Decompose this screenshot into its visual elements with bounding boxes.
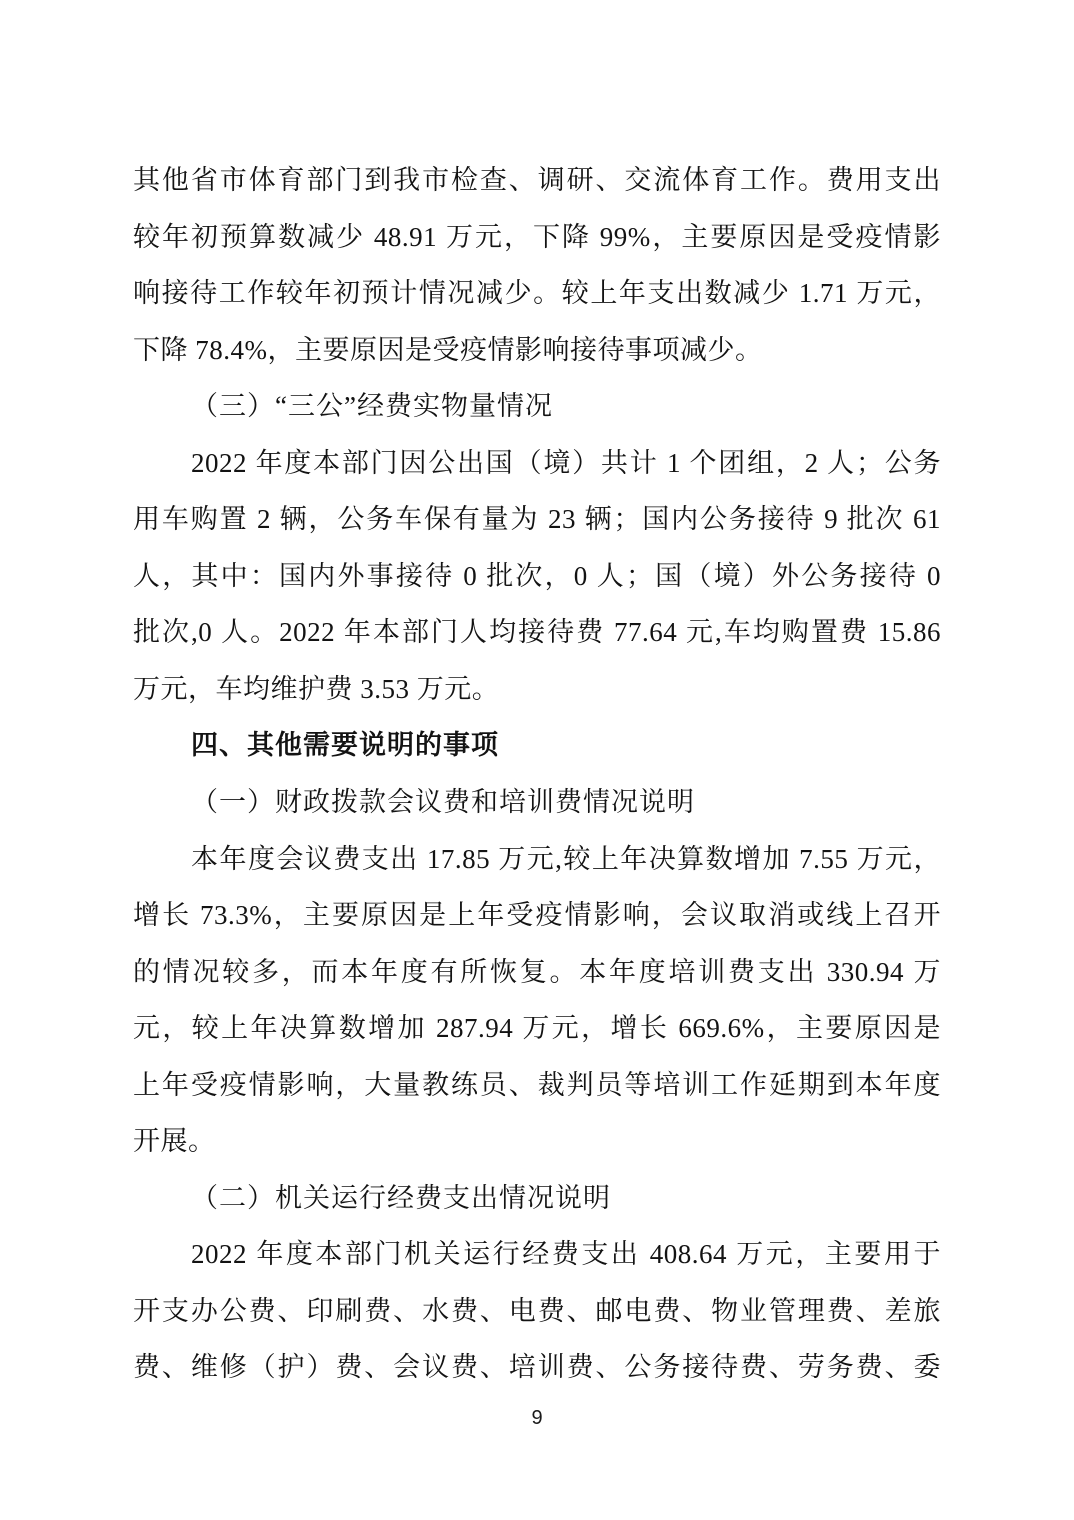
paragraph-line: 元，较上年决算数增加 287.94 万元，增长 669.6%，主要原因是 bbox=[133, 1000, 941, 1057]
paragraph-line: 开支办公费、印刷费、水费、电费、邮电费、物业管理费、差旅 bbox=[133, 1283, 941, 1340]
paragraph-line: 用车购置 2 辆，公务车保有量为 23 辆；国内公务接待 9 批次 61 bbox=[133, 491, 941, 548]
section-heading-other-matters: 四、其他需要说明的事项 bbox=[133, 717, 941, 774]
paragraph-line: 增长 73.3%，主要原因是上年受疫情影响，会议取消或线上召开 bbox=[133, 887, 941, 944]
paragraph-line: 其他省市体育部门到我市检查、调研、交流体育工作。费用支出 bbox=[133, 152, 941, 209]
paragraph-line: 万元，车均维护费 3.53 万元。 bbox=[133, 661, 941, 718]
page-number: 9 bbox=[0, 1404, 1074, 1432]
subsection-heading-agency-operating-expense: （二）机关运行经费支出情况说明 bbox=[133, 1170, 941, 1227]
paragraph-line: 批次,0 人。2022 年本部门人均接待费 77.64 元,车均购置费 15.8… bbox=[133, 604, 941, 661]
paragraph-line: 开展。 bbox=[133, 1113, 941, 1170]
paragraph-line: 本年度会议费支出 17.85 万元,较上年决算数增加 7.55 万元， bbox=[133, 831, 941, 888]
paragraph-line: 人，其中：国内外事接待 0 批次，0 人；国（境）外公务接待 0 bbox=[133, 548, 941, 605]
paragraph-line: 费、维修（护）费、会议费、培训费、公务接待费、劳务费、委 bbox=[133, 1339, 941, 1396]
document-page: 其他省市体育部门到我市检查、调研、交流体育工作。费用支出 较年初预算数减少 48… bbox=[0, 0, 1074, 1520]
paragraph-line: 较年初预算数减少 48.91 万元，下降 99%，主要原因是受疫情影 bbox=[133, 209, 941, 266]
paragraph-line: 2022 年度本部门因公出国（境）共计 1 个团组，2 人；公务 bbox=[133, 435, 941, 492]
paragraph-line: 响接待工作较年初预计情况减少。较上年支出数减少 1.71 万元， bbox=[133, 265, 941, 322]
subsection-heading-meeting-training-fees: （一）财政拨款会议费和培训费情况说明 bbox=[133, 774, 941, 831]
paragraph-line: 下降 78.4%，主要原因是受疫情影响接待事项减少。 bbox=[133, 322, 941, 379]
text-column: 其他省市体育部门到我市检查、调研、交流体育工作。费用支出 较年初预算数减少 48… bbox=[133, 152, 941, 1396]
paragraph-line: 上年受疫情影响，大量教练员、裁判员等培训工作延期到本年度 bbox=[133, 1057, 941, 1114]
subsection-heading-three-public-quantities: （三）“三公”经费实物量情况 bbox=[133, 378, 941, 435]
paragraph-line: 2022 年度本部门机关运行经费支出 408.64 万元，主要用于 bbox=[133, 1226, 941, 1283]
paragraph-line: 的情况较多，而本年度有所恢复。本年度培训费支出 330.94 万 bbox=[133, 944, 941, 1001]
